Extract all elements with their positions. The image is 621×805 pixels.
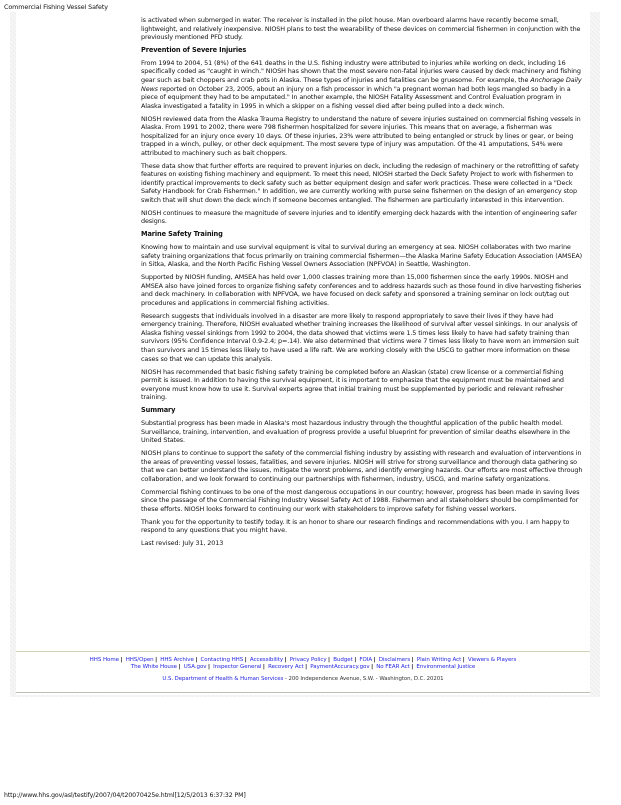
separator: | bbox=[261, 664, 266, 670]
footer-link-disclaimers[interactable]: Disclaimers bbox=[379, 657, 410, 663]
postal-address: - 200 Independence Avenue, S.W. - Washin… bbox=[283, 676, 443, 682]
separator: | bbox=[119, 657, 124, 663]
paragraph-text: From 1994 to 2004, 51 (8%) of the 641 de… bbox=[141, 59, 581, 84]
footer-link-hhs-department[interactable]: U.S. Department of Health & Human Servic… bbox=[162, 676, 283, 682]
separator: | bbox=[410, 664, 415, 670]
print-header-title: Commercial Fishing Vessel Safety bbox=[4, 3, 108, 11]
footer-link-viewers-players[interactable]: Viewers & Players bbox=[468, 657, 516, 663]
footer-link-inspector-general[interactable]: Inspector General bbox=[213, 664, 261, 670]
footer-link-budget[interactable]: Budget bbox=[333, 657, 352, 663]
section-heading-prevention: Prevention of Severe Injuries bbox=[141, 46, 583, 55]
footer-link-hhs-archive[interactable]: HHS Archive bbox=[160, 657, 194, 663]
paragraph: Knowing how to maintain and use survival… bbox=[141, 243, 583, 269]
separator: | bbox=[154, 657, 159, 663]
paragraph: These data show that further efforts are… bbox=[141, 162, 583, 205]
print-footer-url: http://www.hhs.gov/asl/testify/2007/04/t… bbox=[4, 792, 246, 799]
footer-link-plain-writing-act[interactable]: Plain Writing Act bbox=[417, 657, 461, 663]
footer-link-foia[interactable]: FOIA bbox=[359, 657, 372, 663]
paragraph-text: reported on October 23, 2005, about an i… bbox=[141, 85, 571, 110]
paragraph: NIOSH has recommended that basic fishing… bbox=[141, 368, 583, 402]
footer-address: U.S. Department of Health & Human Servic… bbox=[16, 676, 590, 682]
footer-link-white-house[interactable]: The White House bbox=[131, 664, 177, 670]
paragraph: Research suggests that individuals invol… bbox=[141, 312, 583, 363]
footer-link-privacy-policy[interactable]: Privacy Policy bbox=[290, 657, 327, 663]
separator: | bbox=[283, 657, 288, 663]
footer-link-payment-accuracy[interactable]: PaymentAccuracy.gov bbox=[310, 664, 369, 670]
footer-link-accessibility[interactable]: Accessibility bbox=[250, 657, 283, 663]
paragraph: NIOSH reviewed data from the Alaska Trau… bbox=[141, 115, 583, 158]
intro-paragraph: is activated when submerged in water. Th… bbox=[141, 16, 583, 42]
separator: | bbox=[370, 664, 375, 670]
paragraph: Substantial progress has been made in Al… bbox=[141, 419, 583, 445]
separator: | bbox=[353, 657, 358, 663]
article-body: is activated when submerged in water. Th… bbox=[141, 16, 583, 552]
separator: | bbox=[461, 657, 466, 663]
section-heading-marine-safety-training: Marine Safety Training bbox=[141, 230, 583, 239]
separator: | bbox=[194, 657, 199, 663]
separator: | bbox=[206, 664, 211, 670]
paragraph: From 1994 to 2004, 51 (8%) of the 641 de… bbox=[141, 59, 583, 110]
paragraph: Thank you for the opportunity to testify… bbox=[141, 518, 583, 535]
paragraph: NIOSH continues to measure the magnitude… bbox=[141, 209, 583, 226]
separator: | bbox=[177, 664, 182, 670]
paragraph: NIOSH plans to continue to support the s… bbox=[141, 449, 583, 483]
paragraph: Commercial fishing continues to be one o… bbox=[141, 488, 583, 514]
separator: | bbox=[243, 657, 248, 663]
separator: | bbox=[372, 657, 377, 663]
separator: | bbox=[304, 664, 309, 670]
last-revised-date: Last revised: July 31, 2013 bbox=[141, 539, 583, 548]
footer-link-environmental-justice[interactable]: Environmental Justice bbox=[416, 664, 475, 670]
section-heading-summary: Summary bbox=[141, 406, 583, 415]
footer-link-hhs-open[interactable]: HHS/Open bbox=[126, 657, 154, 663]
footer-link-usa-gov[interactable]: USA.gov bbox=[184, 664, 207, 670]
footer-link-no-fear-act[interactable]: No FEAR Act bbox=[376, 664, 410, 670]
footer-links-row-2: The White House| USA.gov| Inspector Gene… bbox=[16, 664, 590, 671]
separator: | bbox=[410, 657, 415, 663]
paragraph: Supported by NIOSH funding, AMSEA has he… bbox=[141, 273, 583, 307]
footer-link-hhs-home[interactable]: HHS Home bbox=[90, 657, 119, 663]
site-footer: HHS Home| HHS/Open| HHS Archive| Contact… bbox=[16, 651, 590, 693]
footer-link-contacting-hhs[interactable]: Contacting HHS bbox=[200, 657, 243, 663]
footer-link-recovery-act[interactable]: Recovery Act bbox=[268, 664, 304, 670]
separator: | bbox=[327, 657, 332, 663]
